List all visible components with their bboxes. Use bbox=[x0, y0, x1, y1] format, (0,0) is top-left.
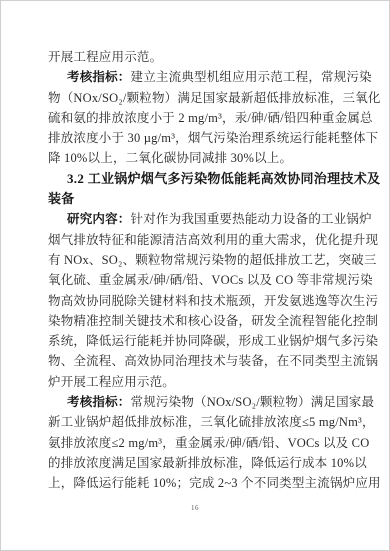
line-bold-text: 考核指标： bbox=[67, 395, 131, 409]
section-heading-line: 装备 bbox=[48, 189, 344, 209]
document-page: 开展工程应用示范。考核指标：建立主流典型机组应用示范工程，常规污染物（NOx/S… bbox=[0, 0, 390, 551]
text-line: 上，降低运行能耗 10%；完成 2~3 个不同类型主流锅炉应用 bbox=[48, 473, 344, 493]
text-line: 的排放浓度满足国家最新排放标准，降低运行成本 10%以 bbox=[48, 453, 344, 473]
text-line: 烟气排放特征和能源清洁高效利用的重大需求，优化提升现 bbox=[48, 230, 344, 250]
line-text: 染物精准控制关键技术和核心设备，研发全流程智能化控制 bbox=[48, 314, 378, 328]
text-line: 物（NOx/SO₂/颗粒物）满足国家最新超低排放标准，三氧化 bbox=[48, 88, 344, 108]
line-text: 烟气排放特征和能源清洁高效利用的重大需求，优化提升现 bbox=[48, 233, 378, 247]
text-line: 新工业锅炉超低排放标准，三氧化硫排放浓度≤5 mg/Nm³， bbox=[48, 412, 344, 432]
text-line: 物高效协同脱除关键材料和技术瓶颈，开发氨逃逸等次生污 bbox=[48, 291, 344, 311]
text-line: 排放浓度小于 30 µg/m³，烟气污染治理系统运行能耗整体下 bbox=[48, 128, 344, 148]
line-text: 建立主流典型机组应用示范工程，常规污染 bbox=[131, 70, 372, 84]
page-number: 16 bbox=[1, 504, 389, 512]
text-line: 染物精准控制关键技术和核心设备，研发全流程智能化控制 bbox=[48, 311, 344, 331]
line-text: 硫和氨的排放浓度小于 2 mg/m³，汞/砷/硒/铅四种重金属总 bbox=[48, 111, 373, 125]
line-text: 的排放浓度满足国家最新排放标准，降低运行成本 10%以 bbox=[48, 456, 367, 470]
line-text: 常规污染物（NOx/SO₂/颗粒物）满足国家最 bbox=[131, 395, 375, 409]
text-line: 氨排放浓度≤2 mg/m³，重金属汞/砷/硒/铅、VOCs 以及 CO bbox=[48, 433, 344, 453]
text-line: 开展工程应用示范。 bbox=[48, 47, 344, 67]
text-line: 考核指标：常规污染物（NOx/SO₂/颗粒物）满足国家最 bbox=[48, 392, 344, 412]
line-text: 氧化硫、重金属汞/砷/硒/铅、VOCs 以及 CO 等非常规污染 bbox=[48, 273, 373, 287]
section-heading-line: 3.2 工业锅炉烟气多污染物低能耗高效协同治理技术及 bbox=[48, 169, 344, 189]
line-text: 系统，降低运行能耗并协同降碳，形成工业锅炉烟气多污染 bbox=[48, 334, 378, 348]
line-bold-text: 装备 bbox=[48, 191, 75, 206]
line-text: 排放浓度小于 30 µg/m³，烟气污染治理系统运行能耗整体下 bbox=[48, 131, 378, 145]
text-line: 降 10%以上，二氧化碳协同减排 30%以上。 bbox=[48, 148, 344, 168]
line-text: 物高效协同脱除关键材料和技术瓶颈，开发氨逃逸等次生污 bbox=[48, 294, 378, 308]
text-line: 硫和氨的排放浓度小于 2 mg/m³，汞/砷/硒/铅四种重金属总 bbox=[48, 108, 344, 128]
line-text: 上，降低运行能耗 10%；完成 2~3 个不同类型主流锅炉应用 bbox=[48, 476, 381, 490]
line-text: 氨排放浓度≤2 mg/m³，重金属汞/砷/硒/铅、VOCs 以及 CO bbox=[48, 436, 369, 450]
line-text: 降 10%以上，二氧化碳协同减排 30%以上。 bbox=[48, 151, 292, 165]
line-text: 物（NOx/SO₂/颗粒物）满足国家最新超低排放标准，三氧化 bbox=[48, 91, 381, 105]
line-text: 针对作为我国重要热能动力设备的工业锅炉 bbox=[131, 212, 372, 226]
line-text: 炉开展工程应用示范。 bbox=[48, 375, 175, 389]
line-bold-text: 研究内容： bbox=[67, 212, 131, 226]
line-text: 有 NOx、SO₂、颗粒物常规污染物的超低排放工艺，突破三 bbox=[48, 253, 377, 267]
line-text: 物、全流程、高效协同治理技术与装备，在不同类型主流锅 bbox=[48, 354, 378, 368]
text-line: 系统，降低运行能耗并协同降碳，形成工业锅炉烟气多污染 bbox=[48, 331, 344, 351]
text-line: 物、全流程、高效协同治理技术与装备，在不同类型主流锅 bbox=[48, 351, 344, 371]
text-line: 有 NOx、SO₂、颗粒物常规污染物的超低排放工艺，突破三 bbox=[48, 250, 344, 270]
text-line: 氧化硫、重金属汞/砷/硒/铅、VOCs 以及 CO 等非常规污染 bbox=[48, 270, 344, 290]
text-line: 研究内容：针对作为我国重要热能动力设备的工业锅炉 bbox=[48, 209, 344, 229]
line-text: 开展工程应用示范。 bbox=[48, 50, 162, 64]
text-line: 炉开展工程应用示范。 bbox=[48, 372, 344, 392]
line-text: 新工业锅炉超低排放标准，三氧化硫排放浓度≤5 mg/Nm³， bbox=[48, 415, 375, 429]
document-body: 开展工程应用示范。考核指标：建立主流典型机组应用示范工程，常规污染物（NOx/S… bbox=[48, 47, 344, 494]
text-line: 考核指标：建立主流典型机组应用示范工程，常规污染 bbox=[48, 67, 344, 87]
line-bold-text: 3.2 工业锅炉烟气多污染物低能耗高效协同治理技术及 bbox=[67, 171, 380, 186]
line-bold-text: 考核指标： bbox=[67, 70, 131, 84]
